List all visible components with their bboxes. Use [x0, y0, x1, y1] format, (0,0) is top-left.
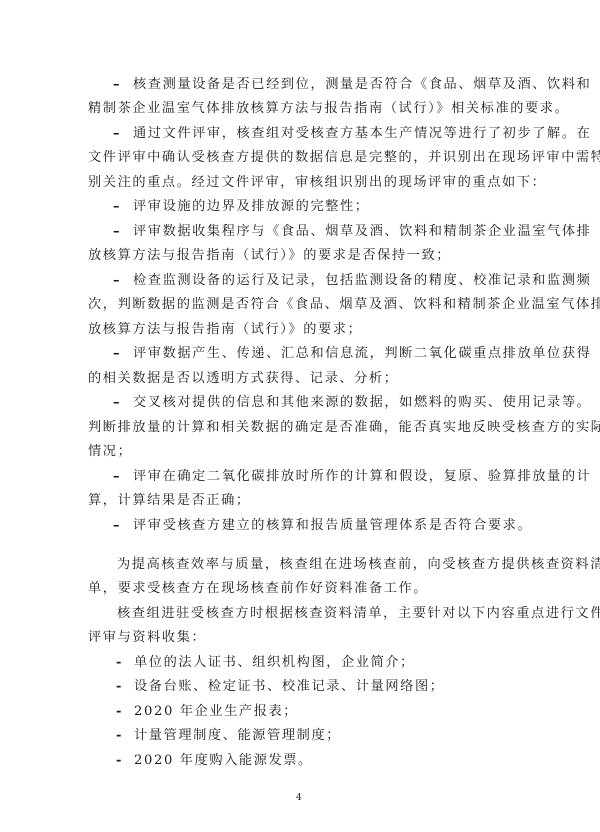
- body-text-line: 评审数据产生、传递、汇总和信息流，判断二氧化碳重点排放单位获得: [133, 346, 510, 362]
- body-text-line: 评审受核查方建立的核算和报告质量管理体系是否符合要求。: [133, 518, 510, 534]
- dash-marker: –: [113, 126, 120, 141]
- paragraph-line: 评审与资料收集：: [88, 630, 510, 646]
- dash-marker: –: [113, 469, 120, 484]
- body-text-line: 评审设施的边界及排放源的完整性；: [133, 199, 510, 215]
- document-page: –核查测量设备是否已经到位，测量是否符合《食品、烟草及酒、饮料和精制茶企业温室气…: [0, 0, 600, 832]
- dash-marker: –: [113, 77, 120, 92]
- body-text-line: 情况；: [88, 444, 510, 460]
- page-number: 4: [296, 793, 302, 803]
- dash-marker: –: [113, 395, 120, 410]
- body-text-line: 精制茶企业温室气体排放核算方法与报告指南（试行）》相关标准的要求。: [88, 101, 510, 117]
- body-text-line: 判断排放量的计算和相关数据的确定是否准确，能否真实地反映受核查方的实际: [88, 420, 510, 436]
- bullet-item: 2020 年企业生产报表；: [134, 704, 556, 720]
- bullet-item: 计量管理制度、能源管理制度；: [134, 728, 556, 744]
- body-text-line: 放核算方法与报告指南（试行）》的要求；: [88, 322, 510, 338]
- bullet-item: 2020 年度购入能源发票。: [134, 753, 556, 769]
- bullet-marker: -: [116, 704, 121, 719]
- bullet-marker: -: [116, 679, 121, 694]
- body-text-line: 的相关数据是否以透明方式获得、记录、分析；: [88, 371, 510, 387]
- dash-marker: –: [113, 224, 120, 239]
- body-text-line: 评审在确定二氧化碳排放时所作的计算和假设，复原、验算排放量的计: [133, 469, 510, 485]
- bullet-item: 单位的法人证书、组织机构图，企业简介；: [134, 655, 556, 671]
- body-text-line: 别关注的重点。经过文件评审，审核组识别出的现场评审的重点如下：: [88, 175, 510, 191]
- bullet-marker: -: [116, 753, 121, 768]
- body-text-line: 文件评审中确认受核查方提供的数据信息是完整的，并识别出在现场评审中需特: [88, 150, 510, 166]
- body-text-line: 算，计算结果是否正确；: [88, 493, 510, 509]
- bullet-item: 设备台账、检定证书、校准记录、计量网络图；: [134, 679, 556, 695]
- dash-marker: –: [113, 346, 120, 361]
- dash-marker: –: [113, 273, 120, 288]
- body-text-line: 次，判断数据的监测是否符合《食品、烟草及酒、饮料和精制茶企业温室气体排: [88, 297, 510, 313]
- body-text-line: 核查测量设备是否已经到位，测量是否符合《食品、烟草及酒、饮料和: [133, 77, 510, 93]
- bullet-marker: -: [116, 655, 121, 670]
- body-text-line: 评审数据收集程序与《食品、烟草及酒、饮料和精制茶企业温室气体排: [133, 224, 510, 240]
- body-text-line: 检查监测设备的运行及记录，包括监测设备的精度、校准记录和监测频: [133, 273, 510, 289]
- paragraph-line: 单，要求受核查方在现场核查前作好资料准备工作。: [88, 581, 510, 597]
- dash-marker: –: [113, 199, 120, 214]
- body-text-line: 交叉核对提供的信息和其他来源的数据，如燃料的购买、使用记录等。: [133, 395, 510, 411]
- bullet-marker: -: [116, 728, 121, 743]
- dash-marker: –: [113, 518, 120, 533]
- paragraph-line: 为提高核查效率与质量，核查组在进场核查前，向受核查方提供核查资料清: [117, 557, 510, 573]
- body-text-line: 放核算方法与报告指南（试行）》的要求是否保持一致；: [88, 248, 510, 264]
- paragraph-line: 核查组进驻受核查方时根据核查资料清单，主要针对以下内容重点进行文件: [117, 606, 510, 622]
- body-text-line: 通过文件评审，核查组对受核查方基本生产情况等进行了初步了解。在: [133, 126, 510, 142]
